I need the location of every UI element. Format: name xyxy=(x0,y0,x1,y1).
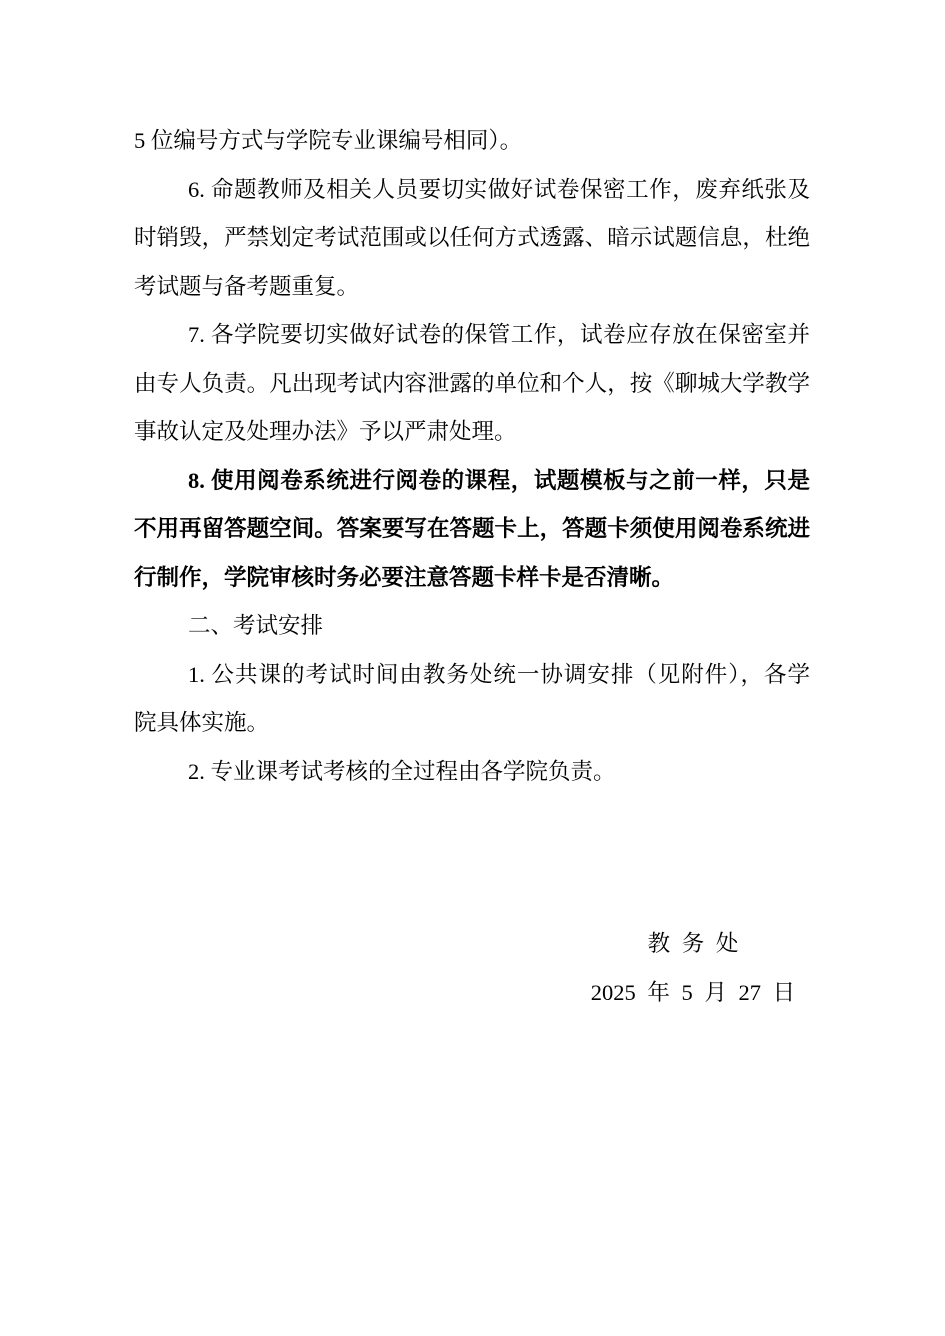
text-line: 考试题与备考题重复。 xyxy=(134,263,810,312)
paragraph: 二、考试安排 xyxy=(134,602,810,651)
document-page: 5 位编号方式与学院专业课编号相同）。6. 命题教师及相关人员要切实做好试卷保密… xyxy=(0,0,945,1336)
text-line: 院具体实施。 xyxy=(134,699,810,748)
paragraph: 1. 公共课的考试时间由教务处统一协调安排（见附件），各学院具体实施。 xyxy=(134,651,810,748)
text-line: 事故认定及处理办法》予以严肃处理。 xyxy=(134,408,810,457)
text-line: 由专人负责。凡出现考试内容泄露的单位和个人，按《聊城大学教学 xyxy=(134,360,810,409)
text-line: 7. 各学院要切实做好试卷的保管工作，试卷应存放在保密室并 xyxy=(134,311,810,360)
text-line: 5 位编号方式与学院专业课编号相同）。 xyxy=(134,117,810,166)
text-line: 行制作，学院审核时务必要注意答题卡样卡是否清晰。 xyxy=(134,554,810,603)
paragraph: 5 位编号方式与学院专业课编号相同）。 xyxy=(134,117,810,166)
paragraph: 8. 使用阅卷系统进行阅卷的课程，试题模板与之前一样，只是不用再留答题空间。答案… xyxy=(134,457,810,603)
signature-block: 教 务 处 2025 年 5 月 27 日 xyxy=(473,920,913,1017)
document-content: 5 位编号方式与学院专业课编号相同）。6. 命题教师及相关人员要切实做好试卷保密… xyxy=(134,117,810,1017)
paragraph: 7. 各学院要切实做好试卷的保管工作，试卷应存放在保密室并由专人负责。凡出现考试… xyxy=(134,311,810,457)
text-line: 时销毁，严禁划定考试范围或以任何方式透露、暗示试题信息，杜绝 xyxy=(134,214,810,263)
text-line: 2. 专业课考试考核的全过程由各学院负责。 xyxy=(134,748,810,797)
text-line: 1. 公共课的考试时间由教务处统一协调安排（见附件），各学 xyxy=(134,651,810,700)
text-line: 不用再留答题空间。答案要写在答题卡上，答题卡须使用阅卷系统进 xyxy=(134,505,810,554)
paragraph: 6. 命题教师及相关人员要切实做好试卷保密工作，废弃纸张及时销毁，严禁划定考试范… xyxy=(134,166,810,312)
signature-department: 教 务 处 xyxy=(473,920,913,969)
text-line: 8. 使用阅卷系统进行阅卷的课程，试题模板与之前一样，只是 xyxy=(134,457,810,506)
text-line: 二、考试安排 xyxy=(134,602,810,651)
document-body: 5 位编号方式与学院专业课编号相同）。6. 命题教师及相关人员要切实做好试卷保密… xyxy=(134,117,810,796)
paragraph: 2. 专业课考试考核的全过程由各学院负责。 xyxy=(134,748,810,797)
signature-date: 2025 年 5 月 27 日 xyxy=(473,969,913,1018)
text-line: 6. 命题教师及相关人员要切实做好试卷保密工作，废弃纸张及 xyxy=(134,166,810,215)
